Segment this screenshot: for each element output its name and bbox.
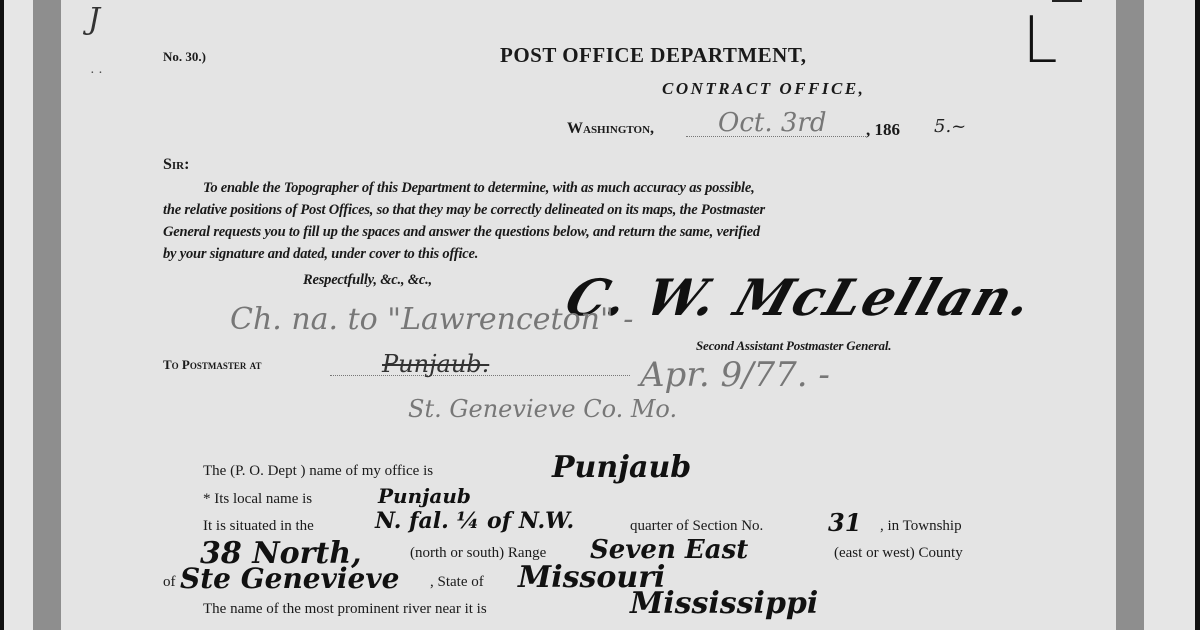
margin-dots: · · bbox=[90, 66, 103, 82]
river-label: The name of the most prominent river nea… bbox=[203, 601, 487, 618]
city-label: Washington, bbox=[567, 120, 654, 138]
county-prefix: of bbox=[163, 574, 176, 591]
department-title: POST OFFICE DEPARTMENT, bbox=[500, 43, 807, 68]
county-value: Ste Genevieve bbox=[180, 562, 399, 595]
po-dept-name-label: The (P. O. Dept ) name of my office is bbox=[203, 463, 433, 480]
situated-label: It is situated in the bbox=[203, 518, 314, 535]
signature-title: Second Assistant Postmaster General. bbox=[696, 335, 891, 357]
scan-edge-right bbox=[1195, 0, 1200, 630]
local-name-label: * Its local name is bbox=[203, 491, 312, 508]
date-handwritten: Oct. 3rd bbox=[718, 108, 826, 138]
name-change-annotation: Ch. na. to "Lawrenceton" - bbox=[230, 302, 633, 337]
margin-mark-top-right-partial bbox=[1052, 0, 1082, 2]
body-line-3: General requests you to fill up the spac… bbox=[163, 221, 760, 243]
section-value: 31 bbox=[828, 508, 861, 537]
margin-mark-top-right: L bbox=[1022, 4, 1058, 78]
to-postmaster-label: To Postmaster at bbox=[163, 357, 261, 373]
state-label: , State of bbox=[430, 574, 484, 591]
section-label: quarter of Section No. bbox=[630, 518, 763, 535]
binding-band-left bbox=[33, 0, 61, 630]
scan-edge-left bbox=[0, 0, 4, 630]
salutation: Sir: bbox=[163, 156, 189, 174]
margin-mark-top-left: J bbox=[88, 2, 100, 37]
form-number: No. 30.) bbox=[163, 49, 206, 65]
year-printed: , 186 bbox=[866, 120, 900, 140]
body-line-4: by your signature and dated, under cover… bbox=[163, 243, 478, 265]
township-label: , in Township bbox=[880, 518, 962, 535]
local-name-value: Punjaub bbox=[378, 484, 471, 508]
po-dept-name-value: Punjaub bbox=[552, 450, 691, 485]
year-handwritten: 5.~ bbox=[934, 116, 966, 137]
postmaster-location-struck: Punjaub. bbox=[382, 350, 489, 378]
closing: Respectfully, &c., &c., bbox=[303, 269, 432, 291]
situated-value: N. fal. ¼ of N.W. bbox=[375, 508, 574, 534]
body-line-2: the relative positions of Post Offices, … bbox=[163, 199, 765, 221]
office-title: CONTRACT OFFICE, bbox=[662, 79, 865, 99]
body-line-1: To enable the Topographer of this Depart… bbox=[203, 177, 755, 199]
annotation-date: Apr. 9/77. - bbox=[640, 355, 830, 395]
river-value: Mississippi bbox=[630, 586, 818, 621]
postmaster-county: St. Genevieve Co. Mo. bbox=[408, 395, 677, 423]
binding-band-right bbox=[1116, 0, 1144, 630]
east-west-label: (east or west) County bbox=[834, 545, 963, 562]
